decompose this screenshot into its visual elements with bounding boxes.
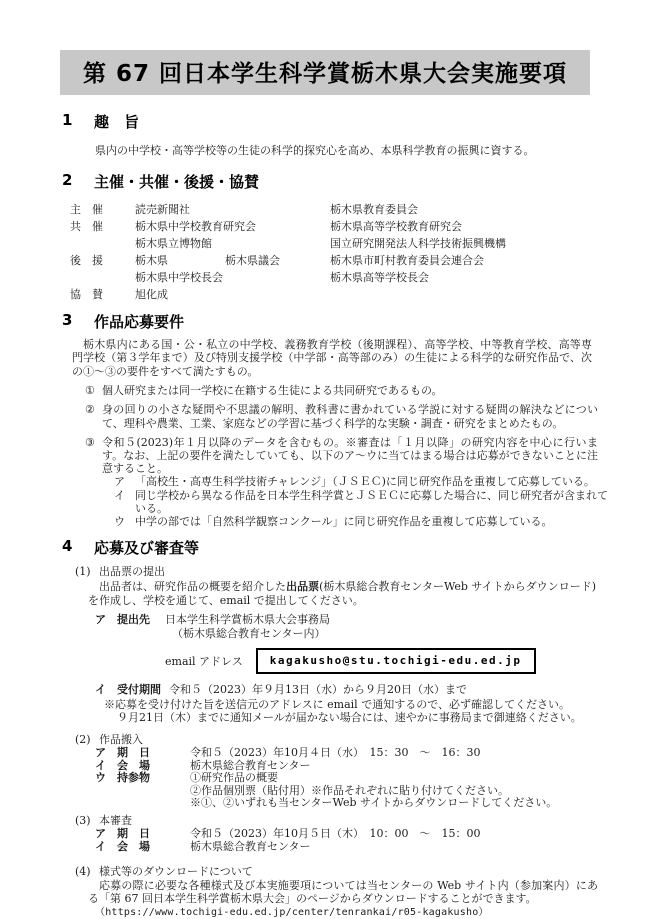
email-address-box: kagakusho@stu.tochigi-edu.ed.jp: [256, 648, 536, 674]
organizer-role: 後 援: [70, 252, 135, 269]
judging-venue-row: イ 会 場 栃木県総合教育センター: [95, 841, 650, 854]
submit-destination-value: 日本学生科学賞栃木県大会事務局 （栃木県総合教育センター内）: [165, 613, 330, 640]
exclusion-item-a: ア 「高校生・高専生科学技術チャレンジ」（ＪＳＥＣ)に同じ研究作品を重複して応募…: [114, 475, 614, 488]
paragraph-label: (4): [75, 865, 99, 879]
section-4-heading: 4 応募及び審査等: [62, 537, 650, 558]
reception-period-value: 令和５（2023）年９月13日（水）から９月20日（水）まで: [169, 683, 467, 697]
email-label: email アドレス: [165, 653, 243, 669]
row-value: 令和５（2023）年10月５日（木） 10：00 ～ 15：00: [190, 828, 480, 841]
organizer-name-text: 栃木県中学校教育研究会: [135, 220, 256, 233]
paragraph-title: 出品票の提出: [99, 565, 165, 579]
item-marker: ③: [85, 436, 102, 476]
item-marker: ア: [114, 475, 135, 488]
requirements-intro: 栃木県内にある国・公・私立の中学校、義務教育学校（後期課程）、高等学校、中等教育…: [72, 338, 592, 378]
paragraph-3-heading: (3) 本審査: [75, 814, 650, 828]
requirement-item-1: ① 個人研究または同一学校に在籍する生徒による共同研究であるもの。: [85, 384, 598, 397]
organizer-name-text: 栃木県: [135, 254, 168, 267]
page-title: 第 67 回日本学生科学賞栃木県大会実施要項: [83, 61, 567, 87]
submit-office-location: （栃木県総合教育センター内）: [165, 627, 330, 641]
paragraph-4-heading: (4) 様式等のダウンロードについて: [75, 865, 650, 879]
row-value: 令和５（2023）年10月４日（水） 15：30 ～ 16：30: [190, 747, 480, 760]
purpose-text: 県内の中学校・高等学校等の生徒の科学的探究心を高め、本県科学教育の振興に資する。: [95, 143, 592, 158]
row-label: ウ 持参物: [95, 772, 190, 785]
submit-office: 日本学生科学賞栃木県大会事務局: [165, 613, 330, 627]
item-marker: ②: [85, 403, 102, 429]
reception-note-1: ※応募を受け付けた旨を送信元のアドレスに email で通知するので、必ず確認し…: [104, 698, 624, 711]
organizer-name: 栃木県立博物館: [135, 235, 330, 252]
organizers-table: 主 催 読売新聞社 栃木県教育委員会 共 催 栃木県中学校教育研究会 栃木県高等…: [0, 201, 650, 303]
section-1-heading: 1 趣 旨: [62, 111, 650, 132]
paragraph-label: (3): [75, 814, 99, 828]
item-text: 中学の部では「自然科学観察コンクール」に同じ研究作品を重複して応募している。: [135, 515, 553, 528]
item-marker: ①: [85, 384, 102, 397]
section-4-title: 応募及び審査等: [94, 537, 199, 558]
organizer-name: 栃木県栃木県議会: [135, 252, 330, 269]
entry-form-text: 出品者は、研究作品の概要を紹介した出品票(栃木県総合教育センターWeb サイトか…: [88, 580, 596, 607]
item-text: 同じ学校から異なる作品を日本学生科学賞とＪＳＥＣに応募した場合に、同じ研究者が含…: [135, 489, 614, 515]
row-value: 栃木県総合教育センター: [190, 841, 311, 854]
section-3-title: 作品応募要件: [94, 311, 184, 332]
organizer-role: 主 催: [70, 201, 135, 218]
organizer-name-right: 栃木県市町村教育委員会連合会: [330, 252, 484, 269]
organizer-name: 栃木県中学校教育研究会: [135, 218, 330, 235]
requirement-item-3: ③ 令和５(2023)年１月以降のデータを含むもの。※審査は「１月以降」の研究内…: [85, 436, 598, 476]
section-2-number: 2: [62, 171, 94, 192]
organizer-name-right: 栃木県教育委員会: [330, 201, 418, 218]
organizer-role: [70, 235, 135, 252]
carry-in-venue-row: イ 会 場 栃木県総合教育センター: [95, 760, 650, 773]
organizer-name: 旭化成: [135, 286, 330, 303]
download-text: 応募の際に必要な各種様式及び本実施要項については当センターの Web サイト内（…: [88, 880, 598, 906]
organizer-row: 協 賛 旭化成: [70, 286, 650, 303]
item-text: 身の回りの小さな疑問や不思議の解明、教科書に書かれている学説に対する疑問の解決な…: [102, 403, 598, 429]
item-text: 「高校生・高専生科学技術チャレンジ」（ＪＳＥＣ)に同じ研究作品を重複して応募して…: [135, 475, 595, 488]
row-label: ア 期 日: [95, 828, 190, 841]
organizer-row: 共 催 栃木県中学校教育研究会 栃木県高等学校教育研究会: [70, 218, 650, 235]
paragraph-label: (2): [75, 733, 99, 747]
submit-destination-label: ア 提出先: [95, 613, 165, 640]
item-marker: ウ: [114, 515, 135, 528]
entry-form-text-pre: 出品者は、研究作品の概要を紹介した: [99, 580, 286, 593]
email-address-row: email アドレス kagakusho@stu.tochigi-edu.ed.…: [165, 648, 650, 674]
carry-in-items-row: ウ 持参物 ①研究作品の概要: [95, 772, 650, 785]
section-3-heading: 3 作品応募要件: [62, 311, 650, 332]
organizer-role: [70, 269, 135, 286]
section-1-title: 趣 旨: [94, 111, 139, 132]
reception-period-row: イ 受付期間 令和５（2023）年９月13日（水）から９月20日（水）まで: [95, 683, 614, 697]
paragraph-title: 本審査: [99, 814, 132, 828]
organizer-role: 共 催: [70, 218, 135, 235]
exclusion-item-i: イ 同じ学校から異なる作品を日本学生科学賞とＪＳＥＣに応募した場合に、同じ研究者…: [114, 489, 614, 515]
reception-note-2: ９月21日（木）までに通知メールが届かない場合には、速やかに事務局まで御連絡くだ…: [117, 711, 624, 724]
organizer-name-text: 旭化成: [135, 288, 168, 301]
organizer-name-right: 栃木県高等学校教育研究会: [330, 218, 462, 235]
section-2-title: 主催・共催・後援・協賛: [94, 171, 259, 192]
paragraph-label: (1): [75, 565, 99, 579]
section-2-heading: 2 主催・共催・後援・協賛: [62, 171, 650, 192]
submit-destination-row: ア 提出先 日本学生科学賞栃木県大会事務局 （栃木県総合教育センター内）: [95, 613, 650, 640]
organizer-row: 栃木県立博物館 国立研究開発法人科学技術振興機構: [70, 235, 650, 252]
organizer-row: 栃木県中学校長会 栃木県高等学校長会: [70, 269, 650, 286]
download-url: （https://www.tochigi-edu.ed.jp/center/te…: [95, 906, 650, 919]
reception-period-label: イ 受付期間: [95, 683, 169, 697]
organizer-row: 後 援 栃木県栃木県議会 栃木県市町村教育委員会連合会: [70, 252, 650, 269]
section-3-number: 3: [62, 311, 94, 332]
entry-form-bold: 出品票: [286, 580, 319, 593]
organizer-name-2: 栃木県議会: [225, 252, 280, 269]
organizer-name-text: 栃木県立博物館: [135, 237, 212, 250]
paragraph-1-heading: (1) 出品票の提出: [75, 565, 650, 579]
organizer-row: 主 催 読売新聞社 栃木県教育委員会: [70, 201, 650, 218]
organizer-role: 協 賛: [70, 286, 135, 303]
organizer-name: 栃木県中学校長会: [135, 269, 330, 286]
judging-date-row: ア 期 日 令和５（2023）年10月５日（木） 10：00 ～ 15：00: [95, 828, 650, 841]
item-text: 令和５(2023)年１月以降のデータを含むもの。※審査は「１月以降」の研究内容を…: [102, 436, 598, 476]
item-text: 個人研究または同一学校に在籍する生徒による共同研究であるもの。: [102, 384, 598, 397]
organizer-name: 読売新聞社: [135, 201, 330, 218]
row-label: ア 期 日: [95, 747, 190, 760]
organizer-name-right: 国立研究開発法人科学技術振興機構: [330, 235, 506, 252]
requirement-item-2: ② 身の回りの小さな疑問や不思議の解明、教科書に書かれている学説に対する疑問の解…: [85, 403, 598, 429]
carry-in-extra-2: ※①、②いずれも当センターWeb サイトからダウンロードしてください。: [190, 797, 650, 810]
section-4-number: 4: [62, 537, 94, 558]
organizer-name-text: 栃木県中学校長会: [135, 271, 223, 284]
document-page: 第 67 回日本学生科学賞栃木県大会実施要項 1 趣 旨 県内の中学校・高等学校…: [0, 0, 650, 919]
paragraph-title: 様式等のダウンロードについて: [99, 865, 253, 879]
item-marker: イ: [114, 489, 135, 515]
carry-in-date-row: ア 期 日 令和５（2023）年10月４日（水） 15：30 ～ 16：30: [95, 747, 650, 760]
organizer-name-right: 栃木県高等学校長会: [330, 269, 429, 286]
exclusion-item-u: ウ 中学の部では「自然科学観察コンクール」に同じ研究作品を重複して応募している。: [114, 515, 614, 528]
organizer-name-text: 読売新聞社: [135, 203, 190, 216]
row-value: ①研究作品の概要: [190, 772, 278, 785]
section-1-number: 1: [62, 111, 94, 132]
paragraph-title: 作品搬入: [99, 733, 143, 747]
title-banner: 第 67 回日本学生科学賞栃木県大会実施要項: [60, 50, 590, 95]
paragraph-2-heading: (2) 作品搬入: [75, 733, 650, 747]
row-label: イ 会 場: [95, 841, 190, 854]
